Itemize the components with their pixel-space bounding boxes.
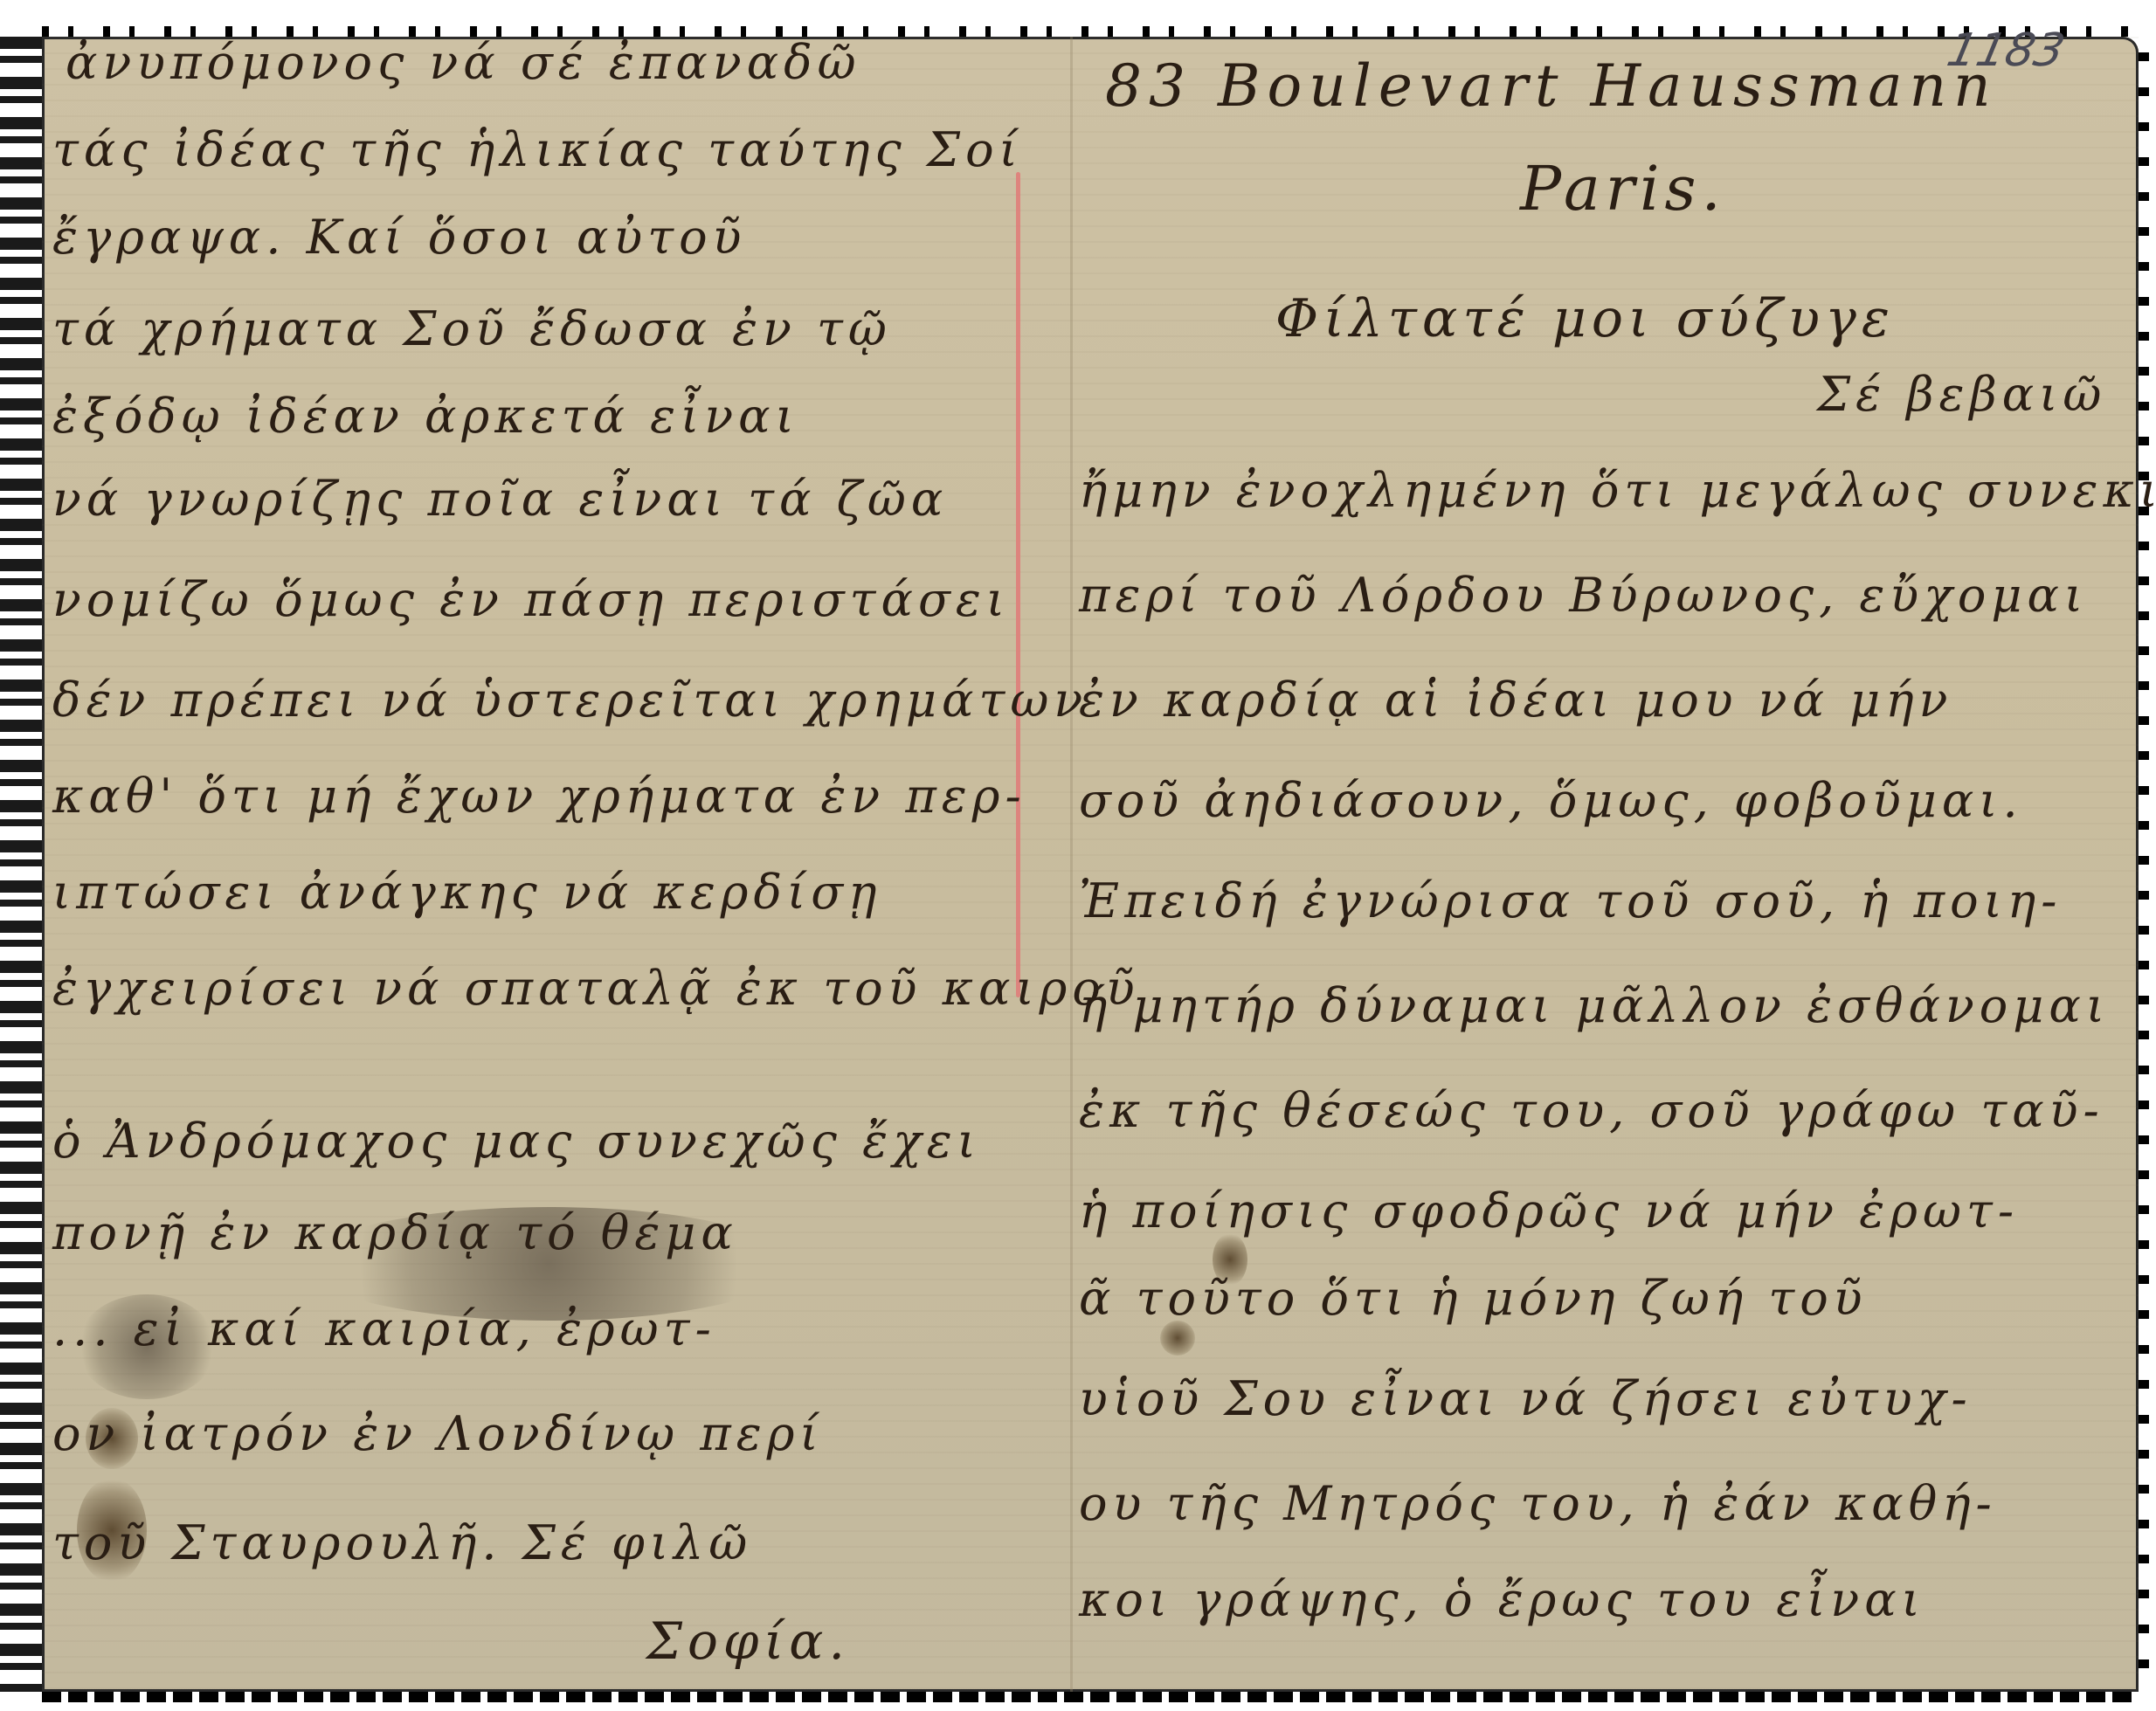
right-line: σοῦ ἀηδιάσουν, ὅμως, φοβοῦμαι. [1079,773,2023,828]
greeting-line: Φίλτατέ μοι σύζυγε [1275,288,1895,349]
right-line: ἡ ποίησις σφοδρῶς νά μήν ἐρωτ- [1079,1183,2019,1238]
ink-stain [1160,1321,1195,1356]
left-line: ον ἰατρόν ἐν Λονδίνῳ περί [52,1406,824,1461]
center-fold [1070,37,1073,1692]
left-line: ἐξόδῳ ἰδέαν ἀρκετά εἶναι [52,389,799,444]
left-line: ιπτώσει ἀνάγκης νά κερδίσῃ [52,865,881,920]
right-line: περί τοῦ Λόρδου Βύρωνος, εὔχομαι [1079,568,2088,623]
left-line: ἀνυπόμονος νά σέ ἐπαναδῶ [66,35,861,90]
scan-bottom-edge [42,1692,2139,1702]
scan-right-edge [2139,52,2149,1694]
left-line-closing: τοῦ Σταυρουλῆ. Σέ φιλῶ [52,1515,752,1570]
left-line: ... εἰ καί καιρία, ἐρωτ- [52,1301,716,1356]
signature: Σοφία. [646,1611,850,1671]
right-line: ή μητήρ δύναμαι μᾶλλον ἐσθάνομαι [1079,978,2110,1033]
right-line: ου τῆς Μητρός του, ἡ ἐάν καθή- [1079,1476,1997,1531]
right-line: κοι γράψης, ὁ ἔρως του εἶναι [1079,1572,1925,1627]
right-line: Ἐπειδή ἐγνώρισα τοῦ σοῦ, ἡ ποιη- [1079,873,2062,928]
left-line: ἔγραψα. Καί ὅσοι αὐτοῦ [52,210,746,265]
left-line: τάς ἰδέας τῆς ἡλικίας ταύτης Σοί [52,122,1023,177]
right-line: ἤμην ἐνοχλημένη ὅτι μεγάλως συνεκινήθη [1079,463,2156,518]
right-line: Σέ βεβαιῶ [1817,367,2106,422]
right-line: ἐκ τῆς θέσεώς του, σοῦ γράφω ταῦ- [1079,1083,2104,1138]
right-line: ἐν καρδίᾳ αἱ ἰδέαι μου νά μήν [1079,673,1953,728]
right-line: ᾶ τοῦτο ὅτι ἡ μόνη ζωή τοῦ [1079,1271,1868,1326]
address-line: 83 Boulevart Haussmann [1105,52,1998,120]
left-line: τά χρήματα Σοῦ ἔδωσα ἐν τῷ [52,301,892,356]
left-line: πονῇ ἐν καρδίᾳ τό θέμα [52,1205,738,1260]
red-pencil-margin-line [1016,172,1020,997]
left-line: νά γνωρίζῃς ποῖα εἶναι τά ζῶα [52,472,948,527]
left-line: ἐγχειρίσει νά σπαταλᾷ ἐκ τοῦ καιροῦ [52,961,1140,1016]
left-line: καθ' ὅτι μή ἔχων χρήματα ἐν περ- [52,769,1026,824]
right-line: υἱοῦ Σου εἶναι νά ζήσει εὐτυχ- [1079,1371,1973,1426]
left-line: ὁ Ἀνδρόμαχος μας συνεχῶς ἔχει [52,1114,981,1169]
city-line: Paris. [1520,153,1726,224]
left-line: νομίζω ὅμως ἐν πάσῃ περιστάσει [52,572,1010,627]
left-line: δέν πρέπει νά ὑστερεῖται χρημάτων [52,673,1088,728]
torn-left-edge [0,37,45,1692]
